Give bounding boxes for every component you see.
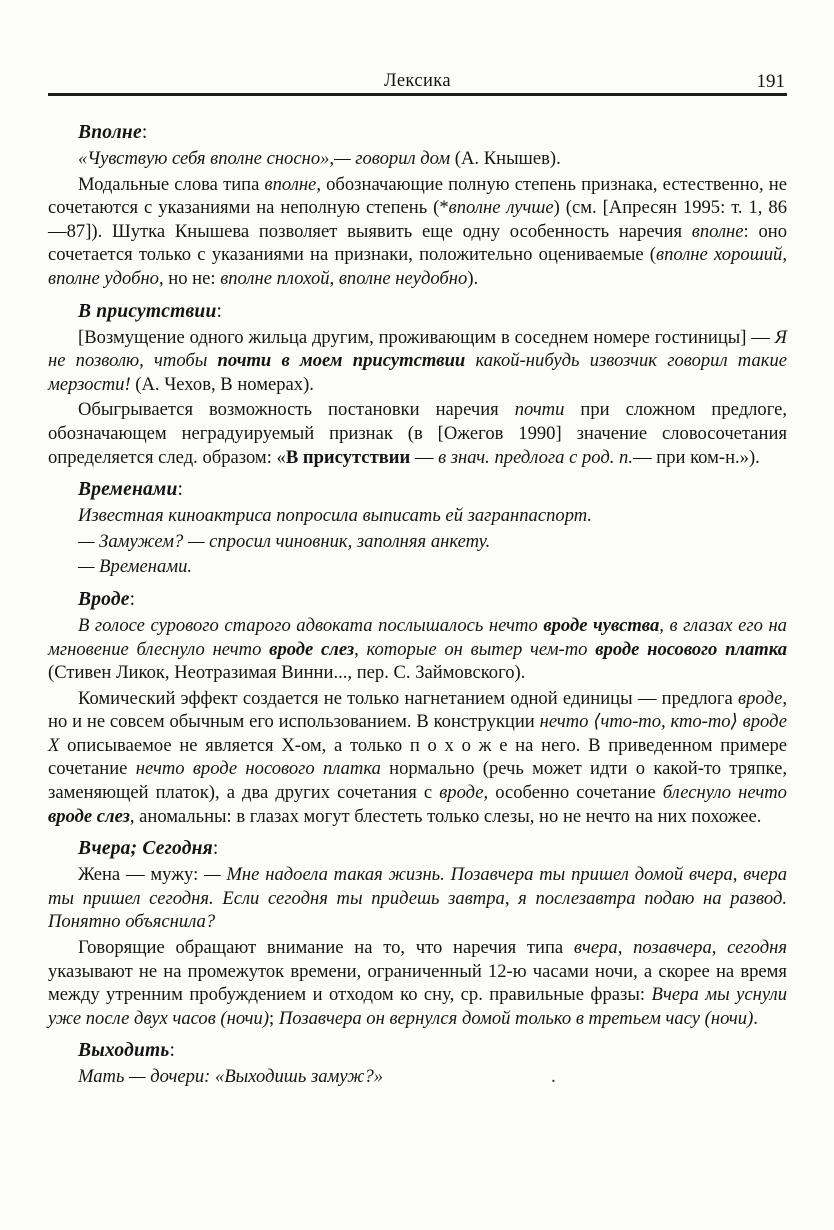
text-run: Комический эффект создается не только на… [78, 688, 738, 709]
page-header: Лексика 191 [48, 71, 787, 96]
paragraph: Модальные слова типа вполне, обозначающи… [48, 173, 787, 291]
running-title: Лексика [48, 71, 787, 92]
text-run: вполне [265, 174, 317, 195]
example-quote: «Чувствую себя вполне сносно»,— говорил … [48, 147, 787, 171]
entry-section: Вроде:В голосе сурового старого адвоката… [48, 588, 787, 828]
text-run: Позавчера он вернулся домой только в тре… [279, 1008, 753, 1029]
headword-text: Вполне [78, 122, 142, 143]
headword-text: В присутствии [78, 301, 217, 322]
text-run: , но не: [159, 268, 220, 289]
text-run: Жена — мужу: [78, 864, 204, 885]
entry-section: В присутствии:[Возмущение одного жильца … [48, 300, 787, 470]
headword-text: Выходить [78, 1040, 170, 1061]
text-run: ). [467, 268, 478, 289]
example-quote: Известная киноактриса попросила выписать… [48, 504, 787, 528]
text-run: . [753, 1008, 758, 1029]
example-quote: Мать — дочери: «Выходишь замуж?». [48, 1065, 787, 1089]
entry-section: Временами:Известная киноактриса попросил… [48, 478, 787, 579]
text-run: Модальные слова типа [78, 174, 265, 195]
headword-colon: : [217, 301, 222, 322]
paragraph: Комический эффект создается не только на… [48, 687, 787, 829]
paragraph: Обыгрывается возможность постановки наре… [48, 398, 787, 469]
example-quote: [Возмущение одного жильца другим, прожив… [48, 326, 787, 397]
example-quote: — Временами. [48, 555, 787, 579]
text-run: Известная киноактриса попросила выписать… [78, 505, 592, 526]
entry-headword: Вроде: [48, 588, 787, 612]
text-run: «Чувствую себя вполне сносно»,— говорил … [78, 148, 455, 169]
text-run: (А. Чехов, В номерах). [135, 374, 314, 395]
text-run: Говорящие обращают внимание на то, что н… [78, 937, 574, 958]
text-run: . [551, 1066, 556, 1087]
text-run: нечто вроде носового платка [136, 758, 381, 779]
headword-colon: : [170, 1040, 175, 1061]
entry-headword: В присутствии: [48, 300, 787, 324]
text-run: почти [515, 399, 565, 420]
text-run: — [410, 447, 438, 468]
text-run: (А. Кнышев). [455, 148, 561, 169]
entry-headword: Выходить: [48, 1039, 787, 1063]
book-page: Лексика 191 Вполне:«Чувствую себя вполне… [0, 0, 834, 1230]
headword-colon: : [213, 838, 218, 859]
text-run: — Замужем? — спросил чиновник, заполняя … [78, 531, 490, 552]
example-quote: Жена — мужу: — Мне надоела такая жизнь. … [48, 863, 787, 934]
text-run: В голосе сурового старого адвоката послы… [78, 615, 543, 636]
text-run: — Временами. [78, 556, 192, 577]
text-run: вроде слез [269, 639, 354, 660]
text-run: вполне плохой, вполне неудобно [220, 268, 467, 289]
text-run: в знач. предлога с род. п. [438, 447, 633, 468]
text-run: вроде [439, 782, 483, 803]
entry-headword: Вполне: [48, 121, 787, 145]
text-run: вроде чувства [543, 615, 659, 636]
entry-headword: Временами: [48, 478, 787, 502]
text-block: Лексика 191 Вполне:«Чувствую себя вполне… [48, 0, 787, 1091]
headword-colon: : [130, 589, 135, 610]
text-run: почти в моем присутствии [218, 350, 466, 371]
headword-text: Временами [78, 479, 178, 500]
text-run: вроде [738, 688, 782, 709]
text-run: вроде носового платка [595, 639, 787, 660]
text-run: вполне [692, 221, 744, 242]
example-quote: В голосе сурового старого адвоката послы… [48, 614, 787, 685]
text-run: вчера, позавчера, сегодня [574, 937, 787, 958]
headword-colon: : [178, 479, 183, 500]
page-number: 191 [757, 71, 786, 93]
text-run: Обыгрывается возможность постановки наре… [78, 399, 515, 420]
text-run: [Возмущение одного жильца другим, прожив… [78, 327, 775, 348]
text-run: В присутствии [286, 447, 410, 468]
text-run: , которые он вытер чем-то [354, 639, 595, 660]
text-run: вроде слез [48, 806, 130, 827]
page-body: Вполне:«Чувствую себя вполне сносно»,— г… [48, 121, 787, 1089]
entry-section: Вполне:«Чувствую себя вполне сносно»,— г… [48, 121, 787, 291]
text-run: Мать — дочери: «Выходишь замуж?» [78, 1066, 383, 1087]
entry-section: Выходить:Мать — дочери: «Выходишь замуж?… [48, 1039, 787, 1089]
text-run: , особенно сочетание [484, 782, 663, 803]
paragraph: Говорящие обращают внимание на то, что н… [48, 936, 787, 1030]
text-run: ; [269, 1008, 279, 1029]
text-run: — при ком-н.»). [633, 447, 760, 468]
text-run: , аномальны: в глазах могут блестеть тол… [130, 806, 762, 827]
example-quote: — Замужем? — спросил чиновник, заполняя … [48, 530, 787, 554]
text-run: (Стивен Ликок, Неотразимая Винни..., пер… [48, 662, 525, 683]
text-run: вполне лучше [449, 197, 554, 218]
headword-text: Вчера; Сегодня [78, 838, 213, 859]
entry-section: Вчера; Сегодня:Жена — мужу: — Мне надоел… [48, 837, 787, 1030]
entry-headword: Вчера; Сегодня: [48, 837, 787, 861]
headword-text: Вроде [78, 589, 130, 610]
headword-colon: : [142, 122, 147, 143]
text-run: блеснуло нечто [663, 782, 787, 803]
